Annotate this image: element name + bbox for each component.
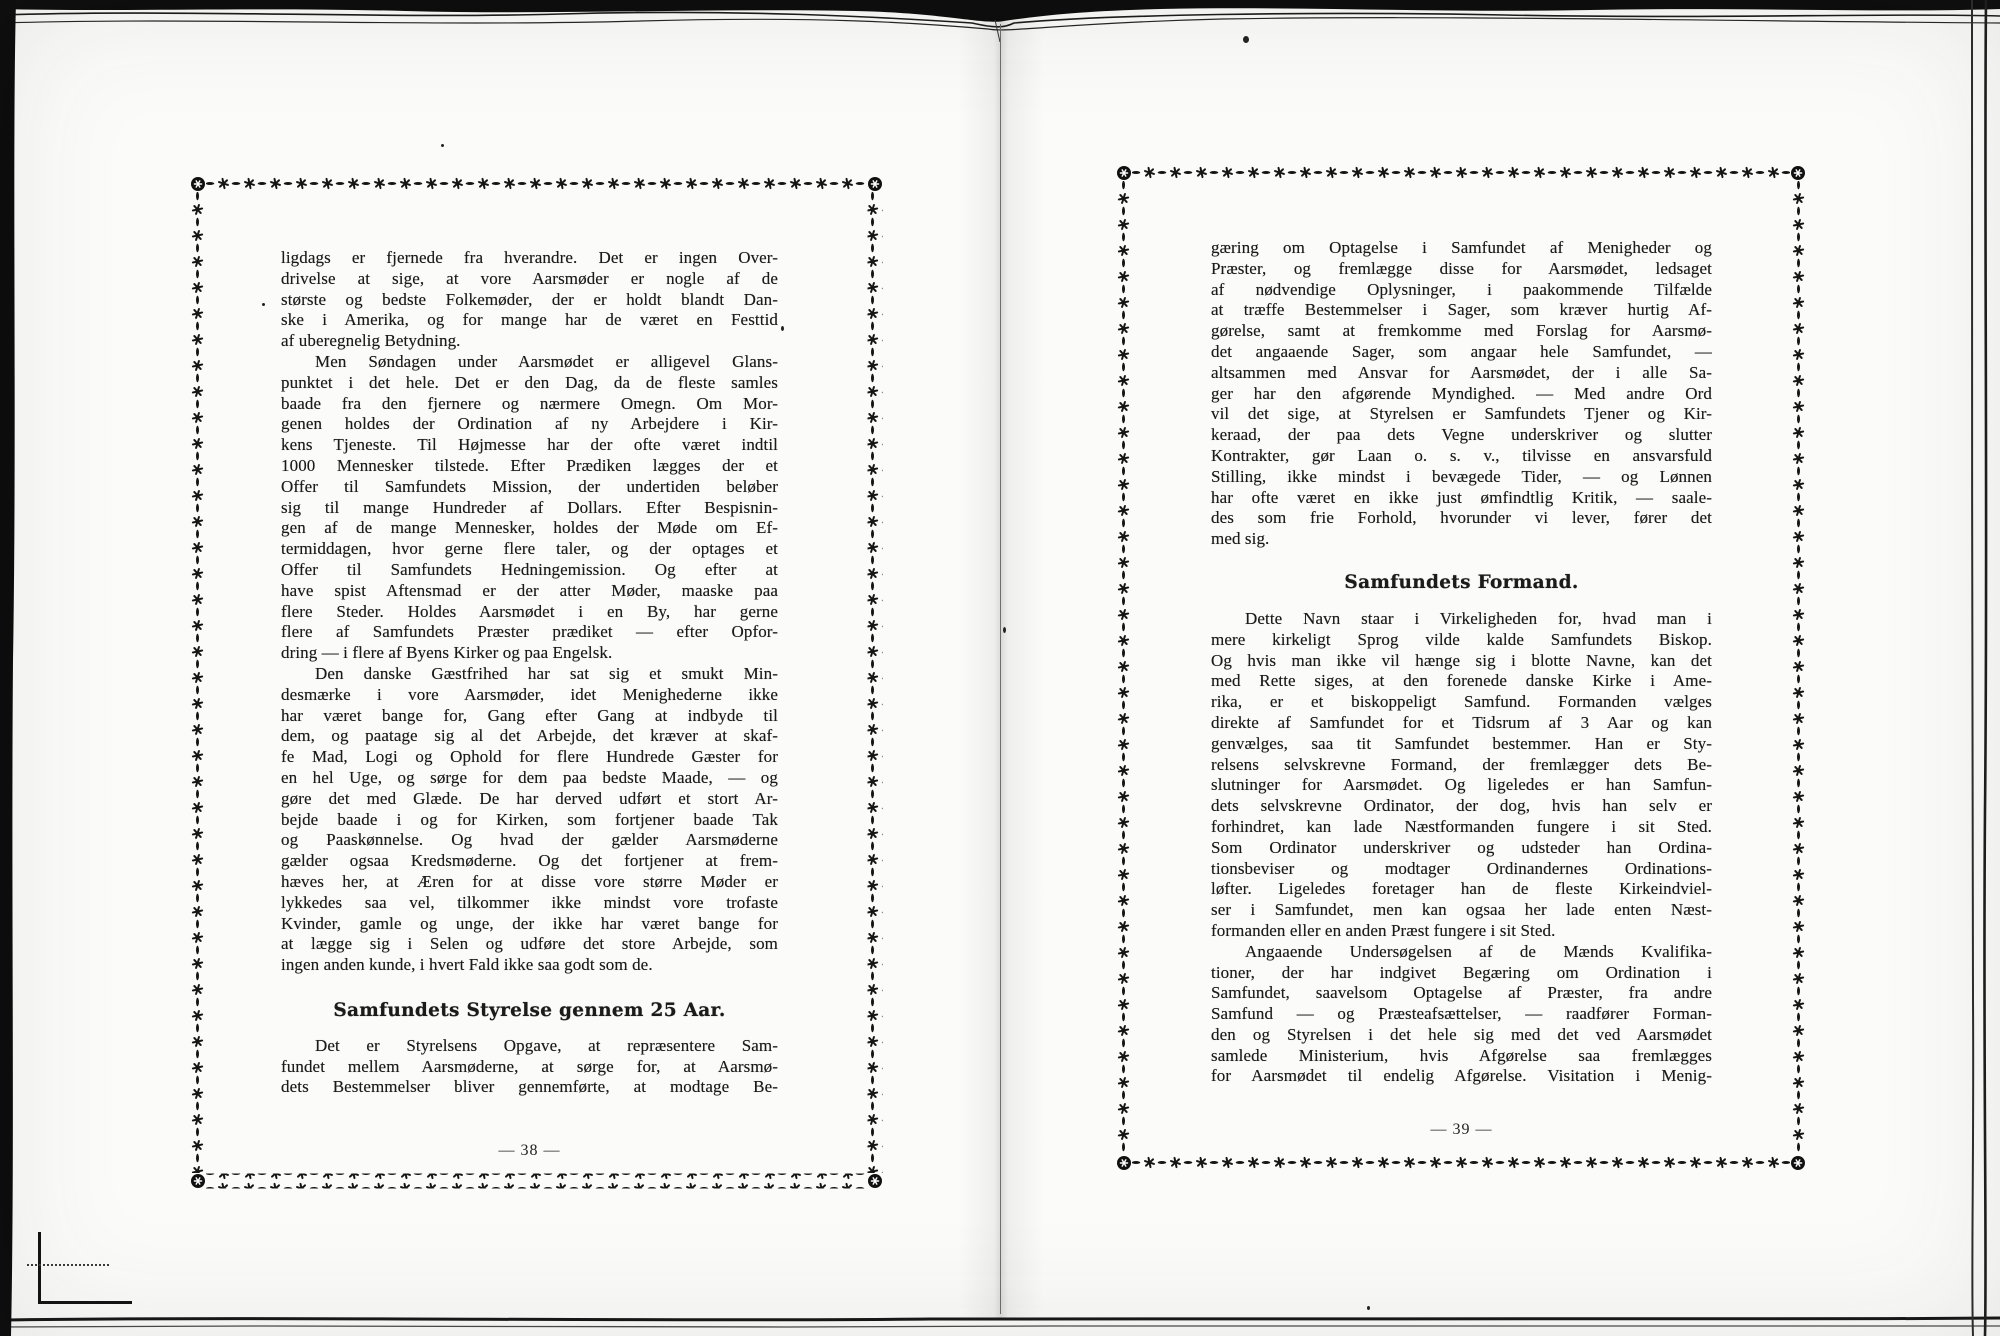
text-line: det angaaende Sager, som angaar hele Sam…	[1211, 342, 1712, 363]
ink-speck	[1243, 36, 1249, 43]
text-line: formanden eller en anden Præst fungere i…	[1211, 921, 1712, 942]
section-heading: Samfundets Formand.	[1211, 572, 1712, 593]
text-line: direkte af Samfundet for et Tidsrum af 3…	[1211, 713, 1712, 734]
text-line: har ofte været en ikke just ømfindtlig K…	[1211, 488, 1712, 509]
text-line: en hel Uge, og sørge for dem paa bedste …	[281, 768, 778, 789]
scanned-book-spread: { "book": { "left_page": { "paragraphs":…	[0, 0, 2000, 1336]
paragraph: Dette Navn staar i Virkeligheden for, hv…	[1211, 609, 1712, 942]
text-line: Det er Styrelsens Opgave, at repræsenter…	[281, 1036, 778, 1057]
text-line: genen holdes der Ordination af ny Arbejd…	[281, 414, 778, 435]
text-line: Den danske Gæstfrihed har sat sig et smu…	[281, 664, 778, 685]
ink-speck	[441, 144, 444, 147]
center-fold-shadow	[958, 18, 1044, 1318]
text-line: bejde baade i og for Kirken, som fortjen…	[281, 810, 778, 831]
ink-speck	[1367, 1306, 1370, 1310]
text-line: ser i Samfundet, men kan ogsaa her lade …	[1211, 900, 1712, 921]
ink-speck	[262, 303, 265, 306]
text-line: dets selvskrevne Ordinator, der dog, hvi…	[1211, 796, 1712, 817]
text-line: slutninger for Aarsmødet. Og ligeledes e…	[1211, 775, 1712, 796]
text-line: gælder ogsaa Kredsmøderne. Og det fortje…	[281, 851, 778, 872]
text-line: gen af de mange Mennesker, holdes der Mø…	[281, 518, 778, 539]
text-line: lykkedes saa vel, tilkommer ikke mindst …	[281, 893, 778, 914]
text-line: Samfundet, saavelsom Optagelse af Præste…	[1211, 983, 1712, 1004]
left-page: ligdags er fjernede fra hverandre. Det e…	[281, 248, 778, 1160]
text-line: med sig.	[1211, 529, 1712, 550]
corner-star-icon	[1791, 166, 1805, 180]
scan-mark	[27, 1264, 109, 1266]
text-line: gæring om Optagelse i Samfundet af Menig…	[1211, 238, 1712, 259]
text-line: mere kirkeligt Sprog vilde kalde Samfund…	[1211, 630, 1712, 651]
corner-star-icon	[868, 177, 882, 191]
page-number: — 39 —	[1211, 1121, 1712, 1139]
text-line: ingen anden kunde, i hvert Fald ikke saa…	[281, 955, 778, 976]
text-line: Kvinder, gamle og unge, der ikke har vær…	[281, 914, 778, 935]
book-right-edge	[1958, 0, 2000, 1336]
paragraph: Men Søndagen under Aarsmødet er alligeve…	[281, 352, 778, 664]
text-line: drivelse at sige, at vore Aarsmøder er n…	[281, 269, 778, 290]
text-line: forhindret, kan lade Næstformanden funge…	[1211, 817, 1712, 838]
text-line: Dette Navn staar i Virkeligheden for, hv…	[1211, 609, 1712, 630]
text-line: dem, og paatage sig al det Arbejde, det …	[281, 726, 778, 747]
text-line: have spist Aftensmad er der atter Møder,…	[281, 581, 778, 602]
text-line: keraad, der paa dets Vegne underskriver …	[1211, 425, 1712, 446]
corner-star-icon	[191, 1174, 205, 1188]
paragraph: Angaaende Undersøgelsen af de Mænds Kval…	[1211, 942, 1712, 1088]
text-line: termiddagen, hvor gerne flere taler, og …	[281, 539, 778, 560]
text-line: Offer til Samfundets Hedningemission. Og…	[281, 560, 778, 581]
section-heading: Samfundets Styrelse gennem 25 Aar.	[281, 1000, 778, 1021]
corner-star-icon	[1791, 1156, 1805, 1170]
text-line: gørelse, samt at fremkomme med Forslag f…	[1211, 321, 1712, 342]
text-line: at træffe Bestemmelser i Sager, som kræv…	[1211, 300, 1712, 321]
text-line: genvælges, saa tit Samfundet bestemmer. …	[1211, 734, 1712, 755]
corner-star-icon	[1117, 166, 1131, 180]
text-line: baade fra den fjernere og nærmere Omegn.…	[281, 394, 778, 415]
ink-speck	[1003, 627, 1006, 633]
text-line: ske i Amerika, og for mange har de været…	[281, 310, 778, 331]
text-line: at lægge sig i Selen og udføre det store…	[281, 934, 778, 955]
text-line: flere af Samfundets Præster prædiket — e…	[281, 622, 778, 643]
text-line: Offer til Samfundets Mission, der undert…	[281, 477, 778, 498]
text-line: for Aarsmødet til endelig Afgørelse. Vis…	[1211, 1066, 1712, 1087]
text-line: kens Tjeneste. Til Højmesse har der ofte…	[281, 435, 778, 456]
text-line: vil det sige, at Styrelsen er Samfundets…	[1211, 404, 1712, 425]
right-page: gæring om Optagelse i Samfundet af Menig…	[1211, 238, 1712, 1139]
text-line: flere Steder. Holdes Aarsmødet i en By, …	[281, 602, 778, 623]
text-line: dring — i flere af Byens Kirker og paa E…	[281, 643, 778, 664]
text-line: relsens selvskrevne Formand, der fremlæg…	[1211, 755, 1712, 776]
text-line: fe Mad, Logi og Ophold for flere Hundred…	[281, 747, 778, 768]
text-line: tionsbeviser og modtager Ordinandernes O…	[1211, 859, 1712, 880]
ink-speck	[781, 326, 784, 331]
text-line: Samfund — og Præsteafsættelser, — raadfø…	[1211, 1004, 1712, 1025]
corner-star-icon	[1117, 1156, 1131, 1170]
text-line: Præster, og fremlægge disse for Aarsmøde…	[1211, 259, 1712, 280]
text-line: Angaaende Undersøgelsen af de Mænds Kval…	[1211, 942, 1712, 963]
text-line: ger har den afgørende Myndighed. — Med a…	[1211, 384, 1712, 405]
book-left-edge	[0, 0, 26, 1336]
text-line: samlede Ministerium, hvis Afgørelse saa …	[1211, 1046, 1712, 1067]
text-line: 1000 Mennesker tilstede. Efter Prædiken …	[281, 456, 778, 477]
page-number: — 38 —	[281, 1142, 778, 1160]
text-line: Som Ordinator underskriver og udsteder h…	[1211, 838, 1712, 859]
paragraph: Den danske Gæstfrihed har sat sig et smu…	[281, 664, 778, 976]
text-line: dets Bestemmelser bliver gennemførte, at…	[281, 1077, 778, 1098]
scan-mark	[38, 1301, 132, 1304]
paragraph-continuation: ligdags er fjernede fra hverandre. Det e…	[281, 248, 778, 352]
text-line: af nødvendige Oplysninger, i paakommende…	[1211, 280, 1712, 301]
text-line: af uberegnelig Betydning.	[281, 331, 778, 352]
corner-star-icon	[868, 1174, 882, 1188]
paragraph: Det er Styrelsens Opgave, at repræsenter…	[281, 1036, 778, 1098]
text-line: løfter. Ligeledes foretager han de flest…	[1211, 879, 1712, 900]
text-line: fundet mellem Aarsmøderne, at sørge for,…	[281, 1057, 778, 1078]
center-fold-line	[1000, 24, 1001, 1314]
text-line: sig til mange Hundreder af Dollars. Efte…	[281, 498, 778, 519]
text-line: desmærke i vore Aarsmøder, idet Menighed…	[281, 685, 778, 706]
text-line: des som frie Forhold, hvorunder vi lever…	[1211, 508, 1712, 529]
text-line: Men Søndagen under Aarsmødet er alligeve…	[281, 352, 778, 373]
text-line: ligdags er fjernede fra hverandre. Det e…	[281, 248, 778, 269]
corner-star-icon	[191, 177, 205, 191]
text-line: altsammen med Ansvar for Aarsmødet, der …	[1211, 363, 1712, 384]
text-line: Stilling, ikke mindst i bevægede Tider, …	[1211, 467, 1712, 488]
scan-mark	[38, 1232, 41, 1304]
text-line: med Rette siges, at den forenede danske …	[1211, 671, 1712, 692]
text-line: Og hvis man ikke vil hænge sig i blotte …	[1211, 651, 1712, 672]
text-line: hæves her, at Æren for at disse vore stø…	[281, 872, 778, 893]
text-line: rika, er et biskoppeligt Samfund. Forman…	[1211, 692, 1712, 713]
text-line: største og bedste Folkemøder, der er hol…	[281, 290, 778, 311]
text-line: den og Styrelsen i det hele sig med det …	[1211, 1025, 1712, 1046]
text-line: tioner, der har indgivet Begæring om Ord…	[1211, 963, 1712, 984]
text-line: har været bange for, Gang efter Gang at …	[281, 706, 778, 727]
text-line: og Paaskønnelse. Og hvad der gælder Aars…	[281, 830, 778, 851]
text-line: punktet i det hele. Det er den Dag, da d…	[281, 373, 778, 394]
paragraph-continuation: gæring om Optagelse i Samfundet af Menig…	[1211, 238, 1712, 550]
text-line: gøre det med Glæde. De har derved udført…	[281, 789, 778, 810]
text-line: Kontrakter, gør Laan o. s. v., tilvisse …	[1211, 446, 1712, 467]
